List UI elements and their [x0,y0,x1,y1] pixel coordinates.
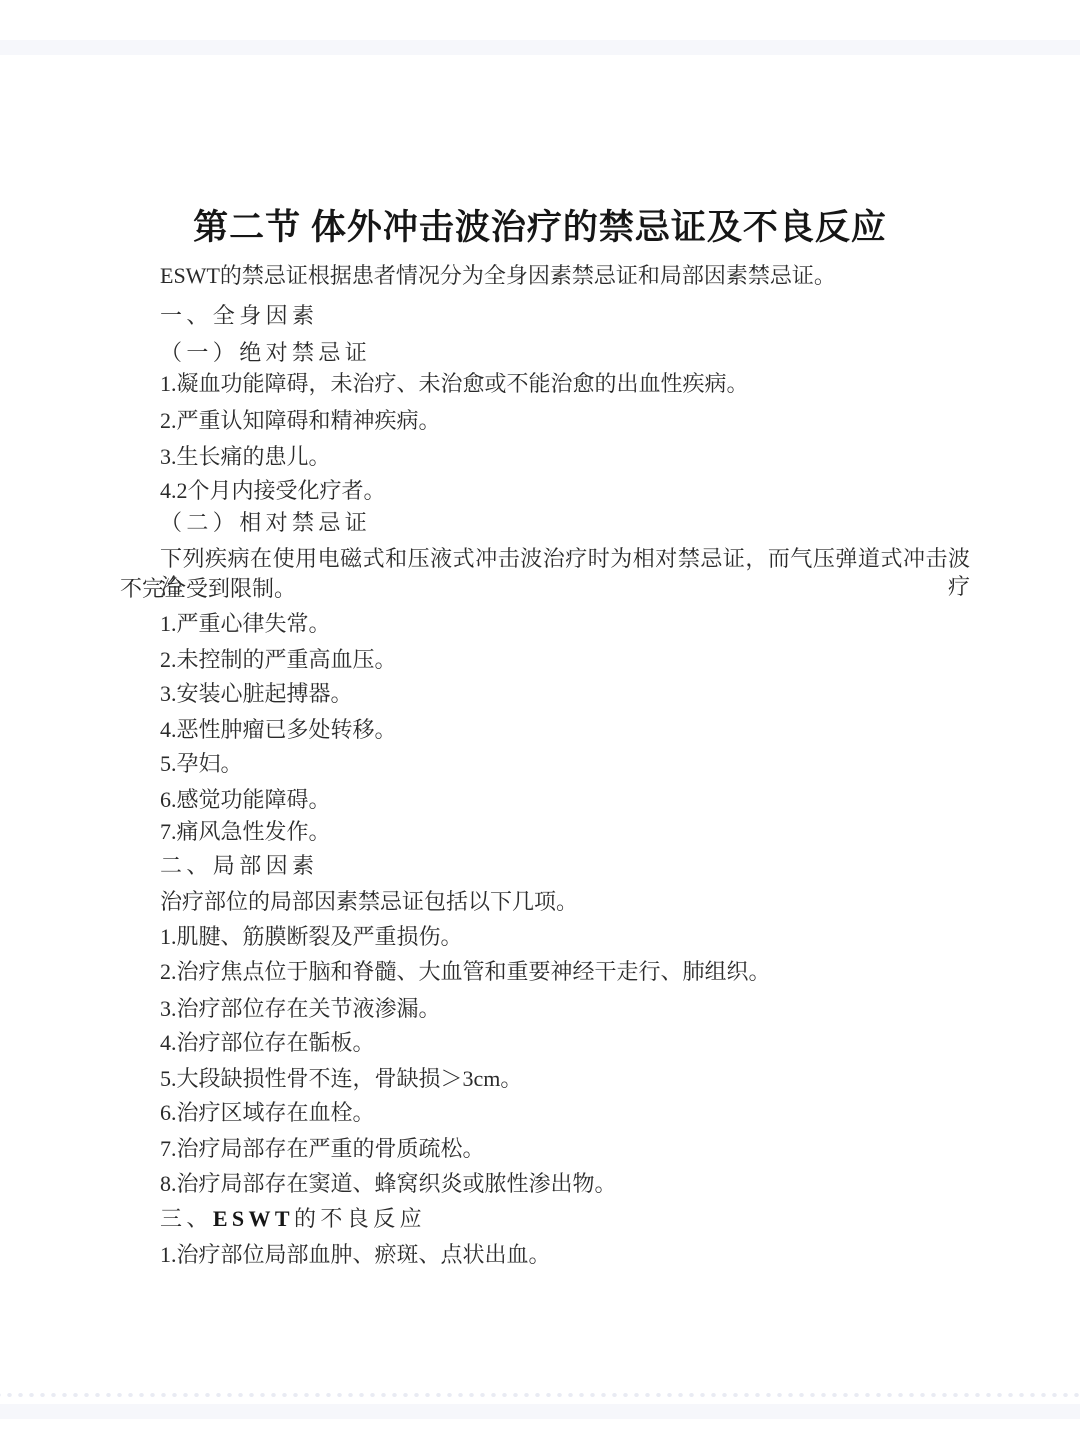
scan-artifact-band-bottom [0,1404,1080,1419]
list-item: 5.大段缺损性骨不连，骨缺损＞3cm。 [160,1065,522,1093]
list-item: 2.严重认知障碍和精神疾病。 [160,407,441,435]
adverse-heading-eswt: ESWT [213,1206,294,1231]
adverse-heading-suffix: 的不良反应 [294,1206,426,1231]
list-item: 1.严重心律失常。 [160,610,331,638]
subheading-relative-contraindications: （二）相对禁忌证 [160,509,371,537]
list-item: 1.治疗部位局部血肿、瘀斑、点状出血。 [160,1241,551,1269]
list-item: 7.治疗局部存在严重的骨质疏松。 [160,1135,485,1163]
scan-artifact-band-top [0,40,1080,55]
list-item: 4.治疗部位存在骺板。 [160,1029,375,1057]
subheading-absolute-contraindications: （一）绝对禁忌证 [160,339,371,367]
list-item: 7.痛风急性发作。 [160,818,331,846]
intro-paragraph: ESWT的禁忌证根据患者情况分为全身因素禁忌证和局部因素禁忌证。 [160,262,836,290]
local-intro: 治疗部位的局部因素禁忌证包括以下几项。 [160,888,578,916]
list-item: 1.肌腱、筋膜断裂及严重损伤。 [160,923,463,951]
scan-artifact-dots [0,1388,1080,1398]
list-item: 4.2个月内接受化疗者。 [160,477,386,505]
list-item: 4.恶性肿瘤已多处转移。 [160,716,397,744]
section-heading-local: 二、局部因素 [160,852,318,880]
page-title: 第二节 体外冲击波治疗的禁忌证及不良反应 [0,207,1080,249]
section-heading-adverse-reactions: 三、ESWT的不良反应 [160,1205,426,1233]
list-item: 3.安装心脏起搏器。 [160,680,353,708]
list-item: 8.治疗局部存在窦道、蜂窝织炎或脓性渗出物。 [160,1170,617,1198]
list-item: 3.生长痛的患儿。 [160,443,331,471]
list-item: 6.感觉功能障碍。 [160,786,331,814]
list-item: 1.凝血功能障碍，未治疗、未治愈或不能治愈的出血性疾病。 [160,370,749,398]
list-item: 2.治疗焦点位于脑和脊髓、大血管和重要神经干走行、肺组织。 [160,958,771,986]
list-item: 5.孕妇。 [160,750,243,778]
list-item: 3.治疗部位存在关节液渗漏。 [160,995,441,1023]
relative-note-line-2: 不完全受到限制。 [120,575,296,603]
list-item: 2.未控制的严重高血压。 [160,646,397,674]
document-page: 第二节 体外冲击波治疗的禁忌证及不良反应 ESWT的禁忌证根据患者情况分为全身因… [0,0,1080,1446]
section-heading-systemic: 一、全身因素 [160,302,318,330]
list-item: 6.治疗区域存在血栓。 [160,1099,375,1127]
adverse-heading-prefix: 三、 [160,1206,213,1231]
